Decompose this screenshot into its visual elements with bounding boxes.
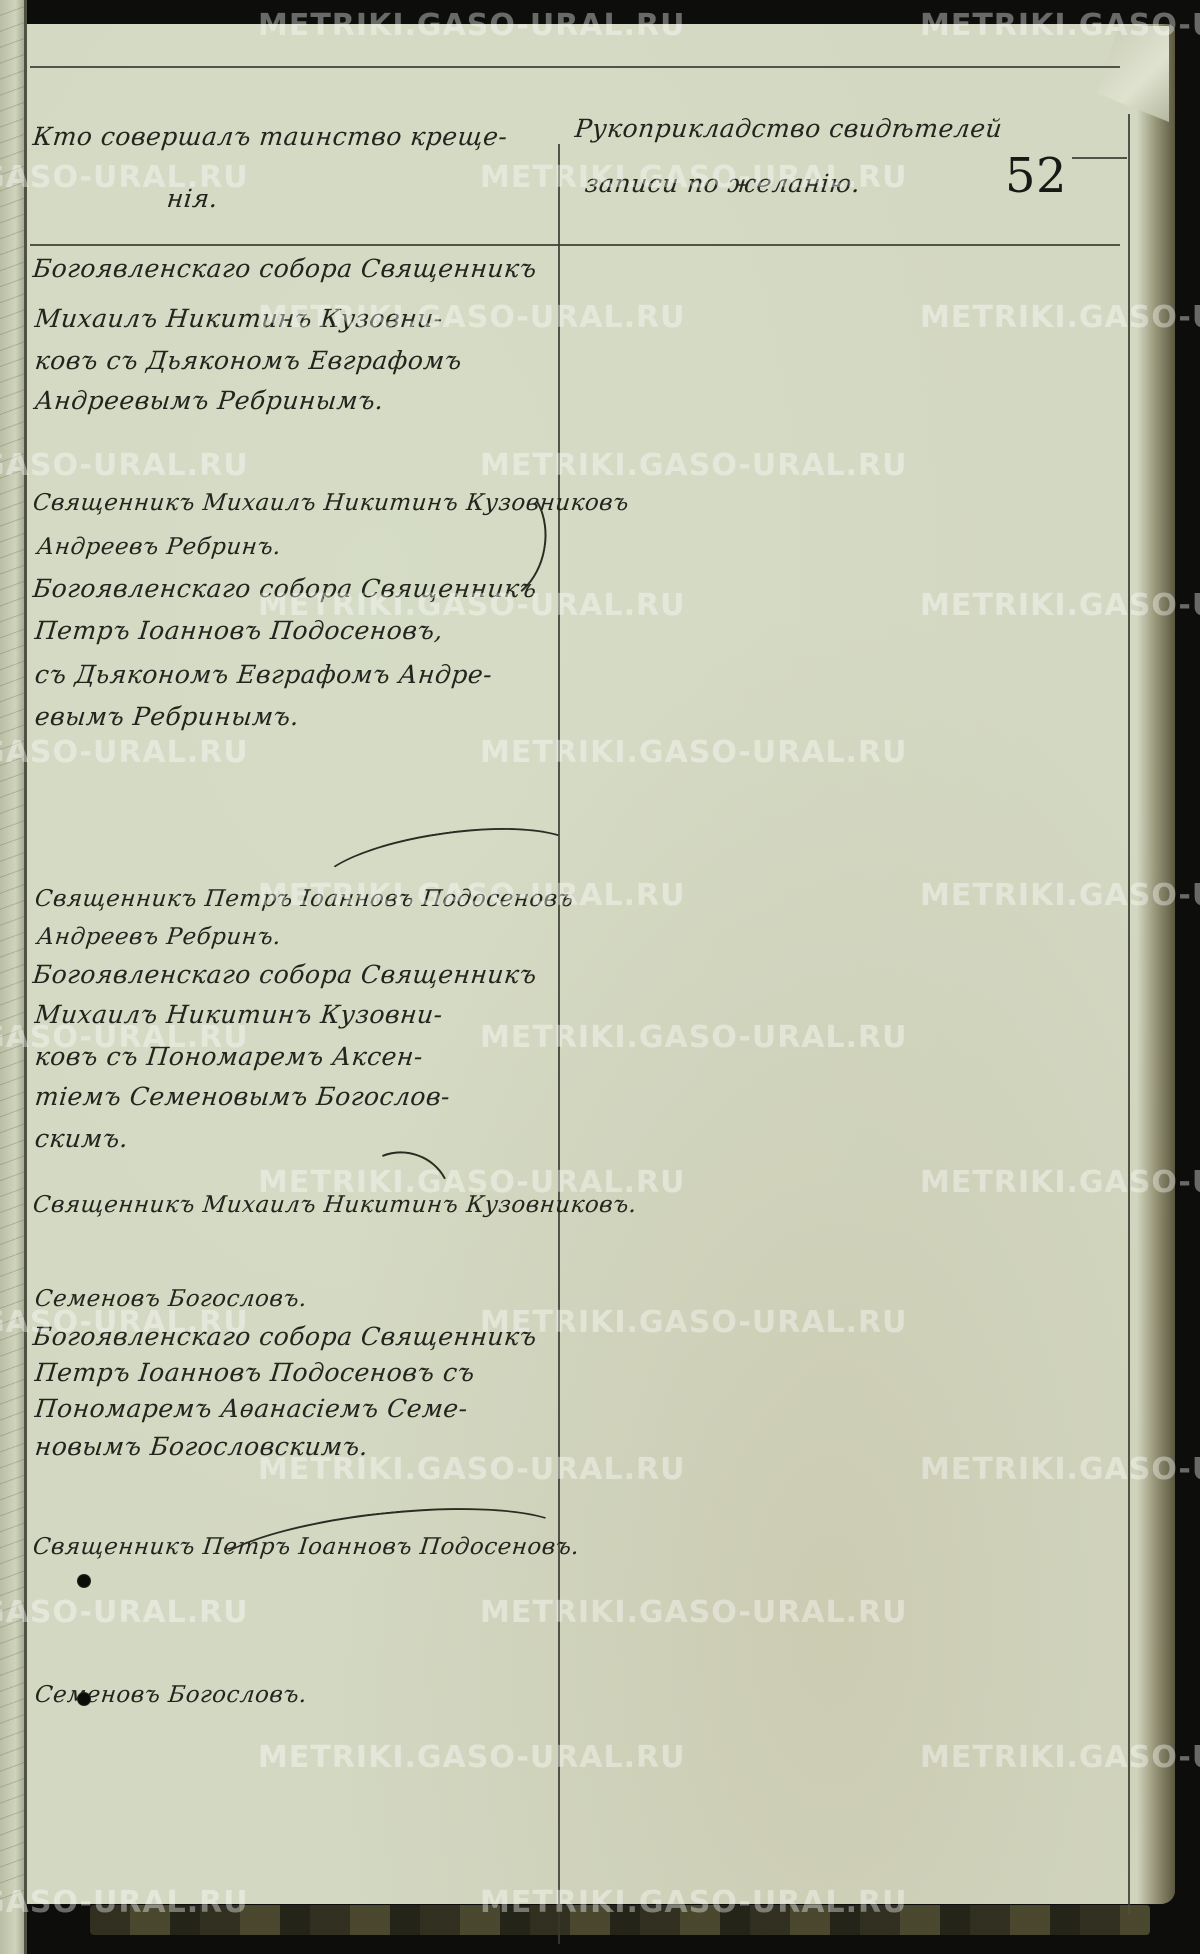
entry-line: Богоявленскаго собора Священникъ <box>31 960 538 989</box>
signature-line: Священникъ Михаилъ Никитинъ Кузовниковъ. <box>32 1192 639 1218</box>
column-divider <box>558 144 560 1944</box>
entry-line: Михаилъ Никитинъ Кузовни- <box>33 1000 444 1029</box>
right-margin-rule <box>1128 114 1130 1914</box>
header-bottom-rule <box>30 244 1120 246</box>
document-page: Кто совершалъ таинство креще- нія. Рукоп… <box>27 24 1175 1904</box>
binding-hole <box>77 1692 91 1706</box>
header-top-rule <box>30 66 1120 68</box>
entry-line: съ Дьякономъ Евграфомъ Андре- <box>33 660 493 689</box>
folded-corner <box>1097 26 1169 122</box>
column-2-header-line2: записи по желанію. <box>583 169 861 198</box>
column-2-header-line1: Рукоприкладство свидѣтелей <box>573 114 1003 143</box>
page-number: 52 <box>1005 148 1067 204</box>
entry-line: Петръ Іоанновъ Подосеновъ съ <box>33 1358 476 1387</box>
entry-line: новымъ Богословскимъ. <box>33 1432 369 1461</box>
entry-line: Богоявленскаго собора Священникъ <box>31 254 538 283</box>
entry-line: ковъ съ Пономаремъ Аксен- <box>33 1042 424 1071</box>
page-edge-shadow <box>1137 24 1175 1904</box>
entry-line: Михаилъ Никитинъ Кузовни- <box>33 304 444 333</box>
entry-line: евымъ Ребринымъ. <box>33 702 300 731</box>
entry-line: Богоявленскаго собора Священникъ <box>31 1322 538 1351</box>
short-right-rule <box>1072 157 1127 159</box>
signature-line: Семеновъ Богословъ. <box>34 1682 309 1708</box>
signature-line: Андреевъ Ребринъ. <box>36 534 283 560</box>
entry-line: Пономаремъ Аѳанасіемъ Семе- <box>33 1394 469 1423</box>
binding-hole <box>77 1574 91 1588</box>
column-1-header-line2: нія. <box>165 184 219 213</box>
signature-line: Семеновъ Богословъ. <box>34 1286 309 1312</box>
entry-line: Андреевымъ Ребринымъ. <box>33 386 385 415</box>
entry-line: скимъ. <box>33 1124 129 1153</box>
previous-page-text-bleed <box>0 0 26 1900</box>
column-1-header-line1: Кто совершалъ таинство креще- <box>31 122 509 151</box>
entry-line: Богоявленскаго собора Священникъ <box>31 574 538 603</box>
entry-line: Петръ Іоанновъ Подосеновъ, <box>33 616 444 645</box>
signature-flourish <box>204 1493 575 1615</box>
bottom-binding-edge <box>90 1905 1150 1935</box>
entry-line: ковъ съ Дьякономъ Евграфомъ <box>33 346 463 375</box>
signature-line: Андреевъ Ребринъ. <box>36 924 283 950</box>
entry-line: тіемъ Семеновымъ Богослов- <box>33 1082 451 1111</box>
